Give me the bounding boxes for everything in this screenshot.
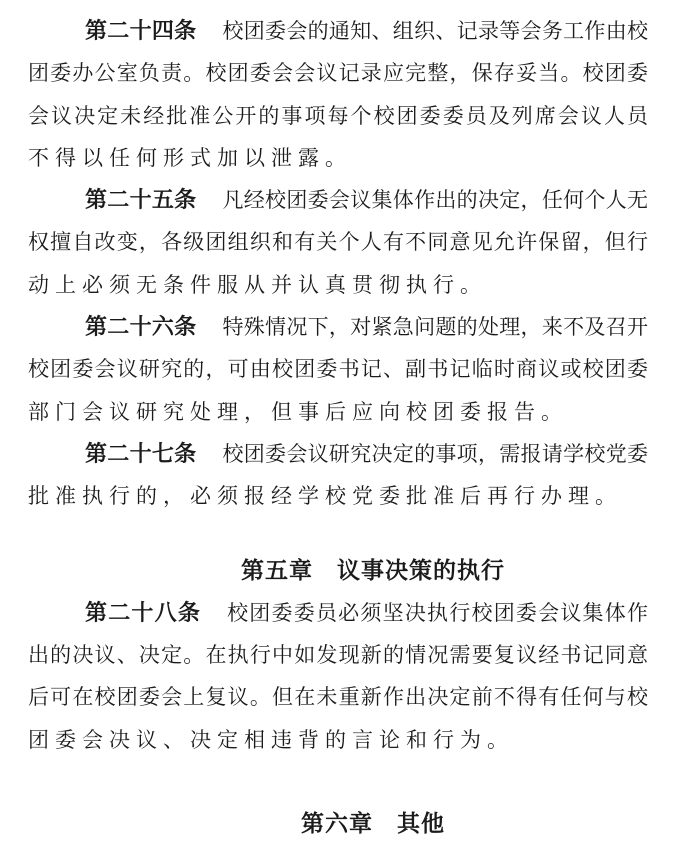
text-line: 出的决议、决定。在执行中如发现新的情况需要复议经书记同意 [28,634,648,676]
text-line: 第二十五条凡经校团委会议集体作出的决定，任何个人无 [28,179,648,221]
article-number: 第二十七条 [85,441,196,466]
text-line: 会议决定未经批准公开的事项每个校团委委员及列席会议人员 [28,95,648,137]
article-28: 第二十八条校团委委员必须坚决执行校团委会议集体作 出的决议、决定。在执行中如发现… [28,592,648,761]
line-text: 特殊情况下，对紧急问题的处理，来不及召开 [222,315,648,339]
line-text: 校团委会议研究决定的事项，需报请学校党委 [222,442,648,466]
article-24: 第二十四条校团委会的通知、组织、记录等会务工作由校 团委办公室负责。校团委会会议… [28,10,648,179]
document-page: 第二十四条校团委会的通知、组织、记录等会务工作由校 团委办公室负责。校团委会会议… [0,0,676,862]
chapter-heading-5: 第五章 议事决策的执行 [28,550,648,592]
article-number: 第二十八条 [85,600,201,625]
text-line: 团委办公室负责。校团委会会议记录应完整，保存妥当。校团委 [28,52,648,94]
article-number: 第二十六条 [85,314,196,339]
article-26: 第二十六条特殊情况下，对紧急问题的处理，来不及召开 校团委会议研究的，可由校团委… [28,306,648,433]
article-number: 第二十四条 [85,18,196,43]
text-line: 权擅自改变，各级团组织和有关个人有不同意见允许保留，但行 [28,221,648,263]
text-line: 团委会决议、决定相违背的言论和行为。 [28,719,648,761]
text-line: 第二十七条校团委会议研究决定的事项，需报请学校党委 [28,433,648,475]
text-line: 第二十六条特殊情况下，对紧急问题的处理，来不及召开 [28,306,648,348]
line-text: 凡经校团委会议集体作出的决定，任何个人无 [222,188,648,212]
line-text: 校团委会的通知、组织、记录等会务工作由校 [222,19,648,43]
text-line: 第二十八条校团委委员必须坚决执行校团委会议集体作 [28,592,648,634]
text-line: 后可在校团委会上复议。但在未重新作出决定前不得有任何与校 [28,676,648,718]
text-line: 不得以任何形式加以泄露。 [28,137,648,179]
article-25: 第二十五条凡经校团委会议集体作出的决定，任何个人无 权擅自改变，各级团组织和有关… [28,179,648,306]
text-line: 动上必须无条件服从并认真贯彻执行。 [28,264,648,306]
text-line: 批准执行的，必须报经学校党委批准后再行办理。 [28,475,648,517]
article-number: 第二十五条 [85,187,196,212]
line-text: 校团委委员必须坚决执行校团委会议集体作 [227,601,648,625]
text-line: 第二十四条校团委会的通知、组织、记录等会务工作由校 [28,10,648,52]
text-line: 校团委会议研究的，可由校团委书记、副书记临时商议或校团委 [28,348,648,390]
text-line: 部门会议研究处理，但事后应向校团委报告。 [28,391,648,433]
article-27: 第二十七条校团委会议研究决定的事项，需报请学校党委 批准执行的，必须报经学校党委… [28,433,648,518]
chapter-heading-6: 第六章 其他 [28,803,648,845]
